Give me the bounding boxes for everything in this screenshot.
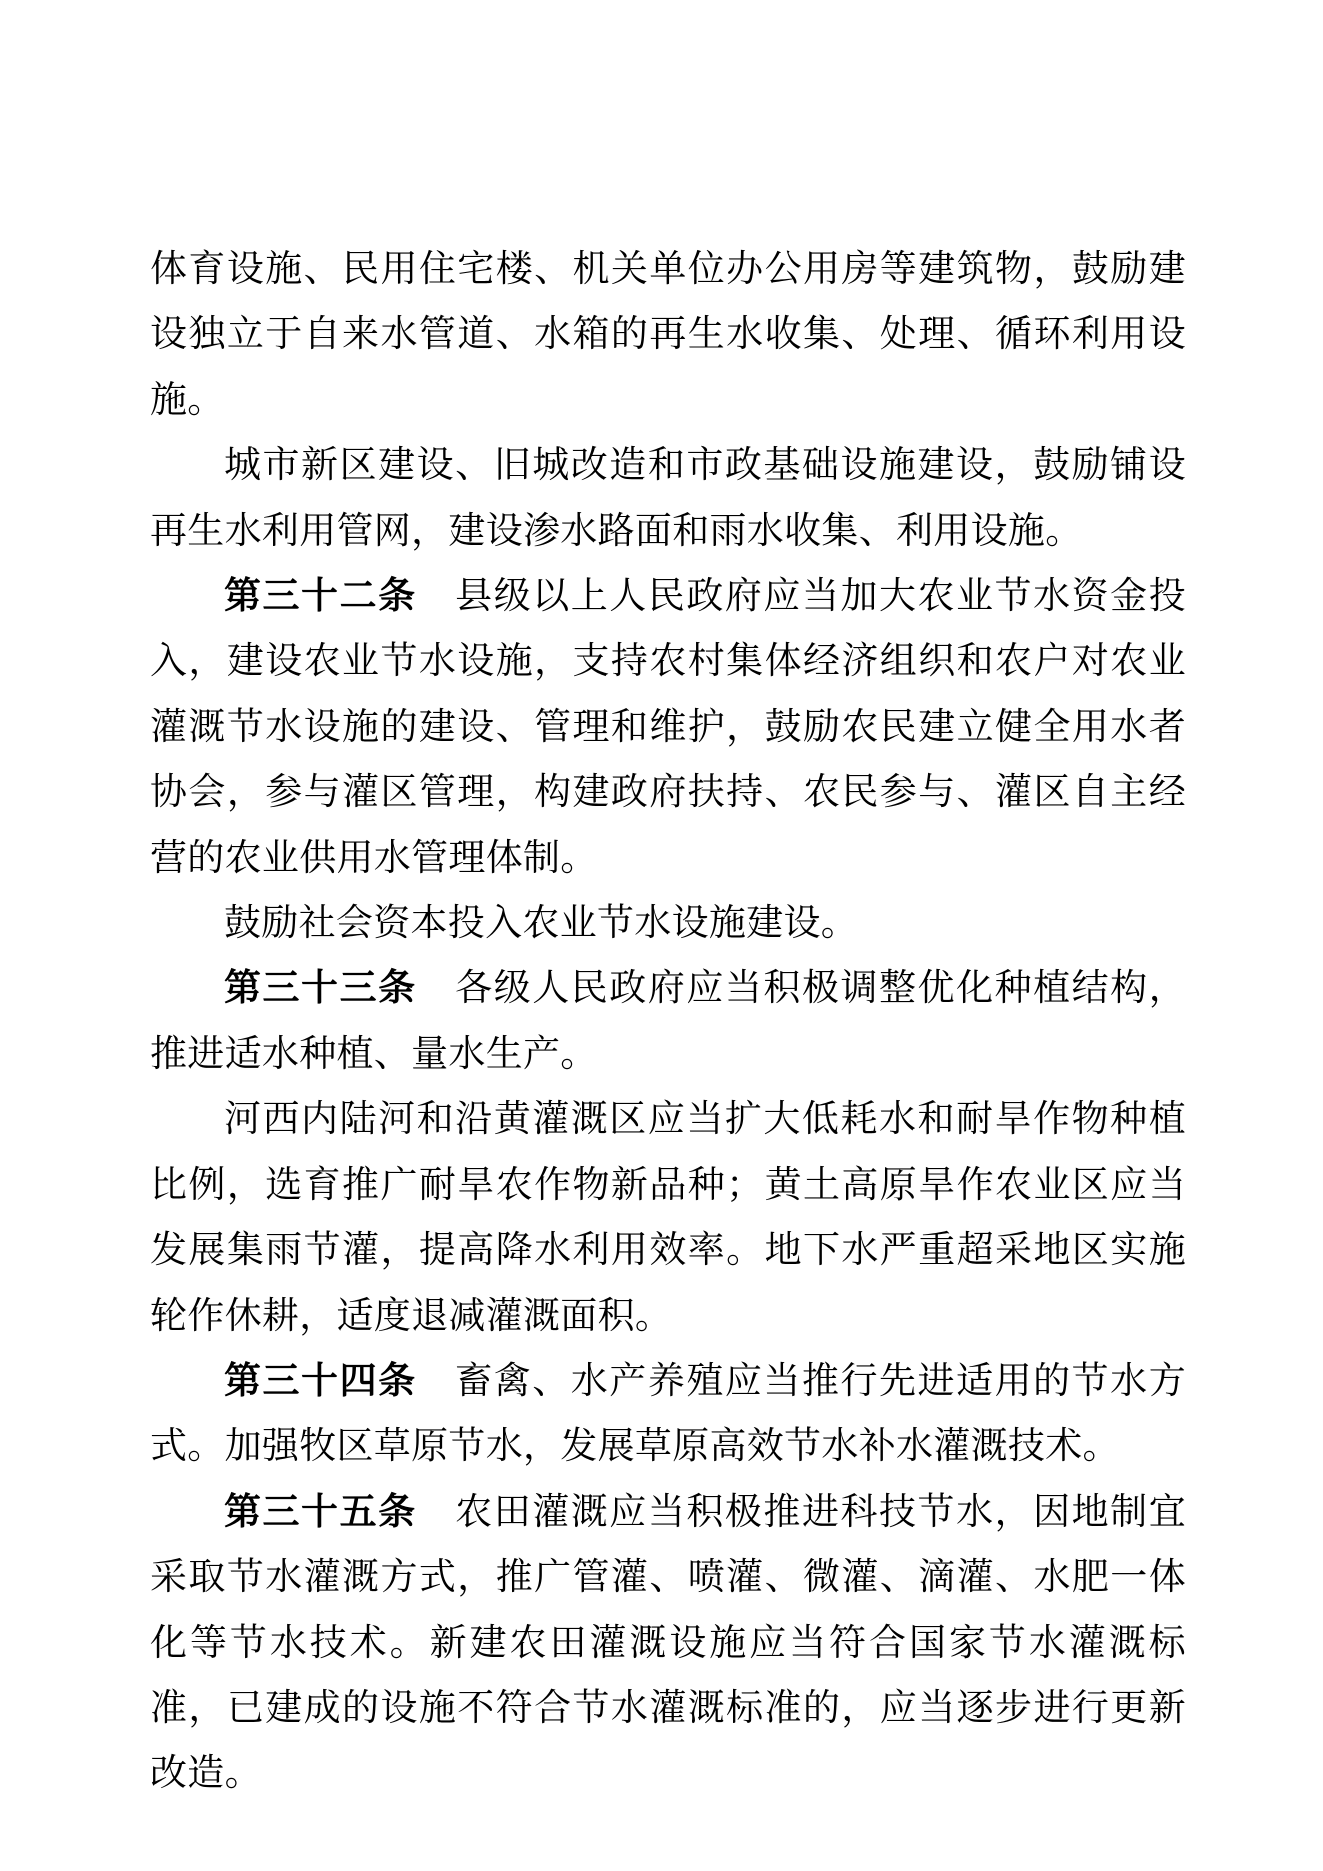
article-number: 第三十四条 <box>224 1361 417 1402</box>
paragraph: 第三十二条 县级以上人民政府应当加大农业节水资金投入，建设农业节水设施，支持农村… <box>150 564 1186 891</box>
paragraph-text: 城市新区建设、旧城改造和市政基础设施建设，鼓励铺设再生水利用管网，建设渗水路面和… <box>150 445 1186 551</box>
paragraph: 城市新区建设、旧城改造和市政基础设施建设，鼓励铺设再生水利用管网，建设渗水路面和… <box>150 433 1186 564</box>
paragraph-text: 鼓励社会资本投入农业节水设施建设。 <box>224 903 858 944</box>
document-page: 体育设施、民用住宅楼、机关单位办公用房等建筑物，鼓励建设独立于自来水管道、水箱的… <box>0 0 1323 1871</box>
paragraph-text: 河西内陆河和沿黄灌溉区应当扩大低耗水和耐旱作物种植比例，选育推广耐旱农作物新品种… <box>150 1099 1186 1336</box>
paragraph: 第三十四条 畜禽、水产养殖应当推行先进适用的节水方式。加强牧区草原节水，发展草原… <box>150 1349 1186 1480</box>
paragraph-text: 体育设施、民用住宅楼、机关单位办公用房等建筑物，鼓励建设独立于自来水管道、水箱的… <box>150 249 1186 421</box>
paragraph: 第三十三条 各级人民政府应当积极调整优化种植结构，推进适水种植、量水生产。 <box>150 956 1186 1087</box>
paragraph-text: 农田灌溉应当积极推进科技节水，因地制宜采取节水灌溉方式，推广管灌、喷灌、微灌、滴… <box>150 1492 1186 1795</box>
article-number: 第三十三条 <box>224 968 417 1009</box>
paragraph: 鼓励社会资本投入农业节水设施建设。 <box>150 891 1186 956</box>
paragraph: 河西内陆河和沿黄灌溉区应当扩大低耗水和耐旱作物种植比例，选育推广耐旱农作物新品种… <box>150 1087 1186 1349</box>
paragraph-text: 县级以上人民政府应当加大农业节水资金投入，建设农业节水设施，支持农村集体经济组织… <box>150 576 1186 879</box>
paragraph: 第三十五条 农田灌溉应当积极推进科技节水，因地制宜采取节水灌溉方式，推广管灌、喷… <box>150 1480 1186 1807</box>
article-number: 第三十二条 <box>224 576 417 617</box>
document-body: 体育设施、民用住宅楼、机关单位办公用房等建筑物，鼓励建设独立于自来水管道、水箱的… <box>150 237 1186 1807</box>
paragraph: 体育设施、民用住宅楼、机关单位办公用房等建筑物，鼓励建设独立于自来水管道、水箱的… <box>150 237 1186 433</box>
article-number: 第三十五条 <box>224 1492 417 1533</box>
